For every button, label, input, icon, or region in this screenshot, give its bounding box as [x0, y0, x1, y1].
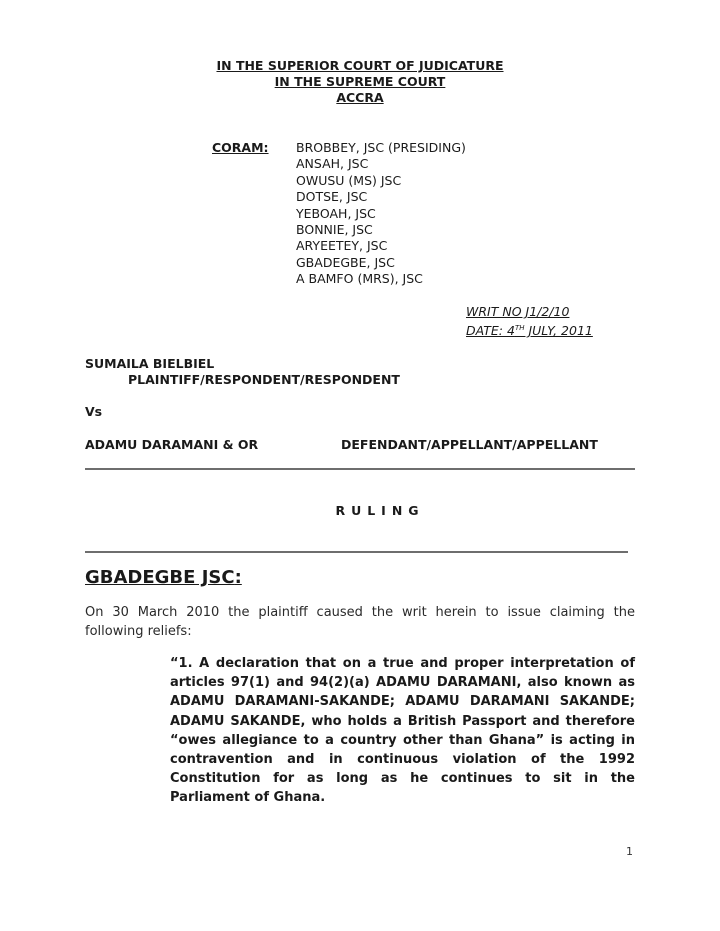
court-title-line-2: IN THE SUPREME COURT [0, 74, 720, 90]
coram-judge: BROBBEY, JSC (PRESIDING) [296, 140, 466, 156]
writ-date-suffix: JULY, 2011 [525, 323, 593, 338]
ruling-title: RULING [0, 503, 720, 518]
court-title-line-3: ACCRA [0, 90, 720, 106]
coram-judge: ANSAH, JSC [296, 156, 466, 172]
judge-heading: GBADEGBE JSC: [85, 567, 242, 588]
coram-judge: YEBOAH, JSC [296, 206, 466, 222]
judge-colon: : [235, 567, 242, 588]
judge-name: GBADEGBE JSC [85, 567, 235, 588]
defendant-role: DEFENDANT/APPELLANT/APPELLANT [341, 437, 598, 452]
coram-judge: OWUSU (MS) JSC [296, 173, 466, 189]
court-title-line-1: IN THE SUPERIOR COURT OF JUDICATURE [0, 58, 720, 74]
defendant-name: ADAMU DARAMANI & OR [85, 437, 258, 452]
plaintiff-name: SUMAILA BIELBIEL [85, 356, 214, 371]
writ-date-superscript: TH [515, 324, 525, 332]
coram-judges-list: BROBBEY, JSC (PRESIDING) ANSAH, JSC OWUS… [296, 140, 466, 288]
coram-judge: ARYEETEY, JSC [296, 238, 466, 254]
coram-judge: DOTSE, JSC [296, 189, 466, 205]
plaintiff-role: PLAINTIFF/RESPONDENT/RESPONDENT [128, 372, 400, 387]
divider-line [85, 551, 628, 553]
intro-paragraph: On 30 March 2010 the plaintiff caused th… [85, 603, 635, 641]
writ-date: DATE: 4TH JULY, 2011 [466, 320, 593, 339]
coram-label: CORAM: [212, 140, 269, 155]
relief-quote: “1. A declaration that on a true and pro… [170, 654, 635, 808]
page-number: 1 [626, 845, 633, 858]
versus-label: Vs [85, 404, 102, 419]
divider-line [85, 468, 635, 470]
writ-date-prefix: DATE: 4 [466, 323, 515, 338]
coram-judge: BONNIE, JSC [296, 222, 466, 238]
coram-judge: GBADEGBE, JSC [296, 255, 466, 271]
coram-judge: A BAMFO (MRS), JSC [296, 271, 466, 287]
writ-number: WRIT NO J1/2/10 [466, 304, 569, 320]
